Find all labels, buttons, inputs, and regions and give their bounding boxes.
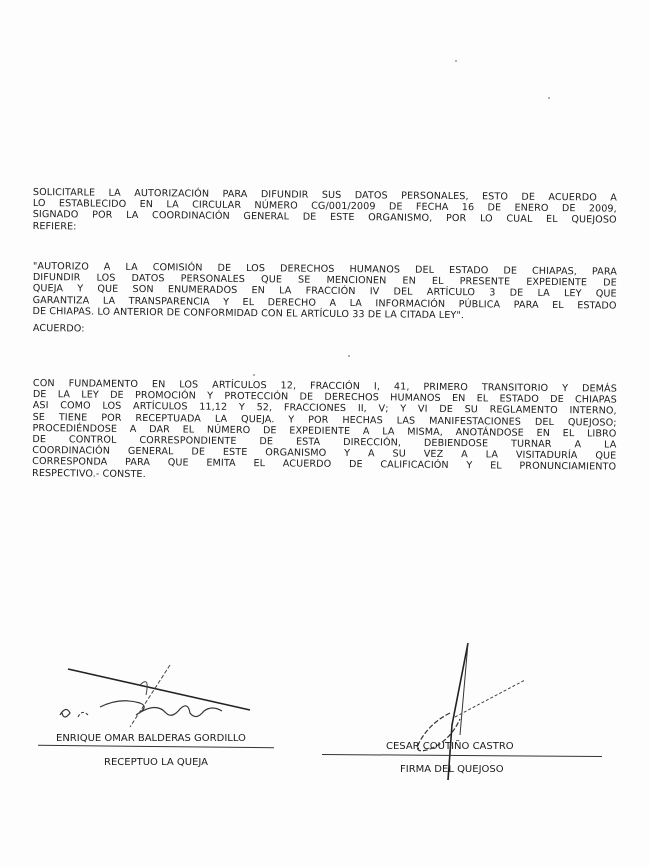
- scanned-document-page: SOLICITARLE LA AUTORIZACIÓN PARA DIFUNDI…: [0, 0, 650, 867]
- signer-name-complainant: CESAR COUTIÑO CASTRO: [386, 741, 514, 752]
- paragraph-authorization-quote: "AUTORIZO A LA COMISIÓN DE LOS DERECHOS …: [32, 261, 617, 323]
- paragraph-acuerdo-body: CON FUNDAMENTO EN LOS ARTÍCULOS 12, FRAC…: [32, 378, 617, 484]
- signer-name-receiver: ENRIQUE OMAR BALDERAS GORDILLO: [56, 733, 246, 744]
- text-line: ACUERDO:: [33, 323, 85, 335]
- handwritten-signature-receiver: [50, 655, 270, 730]
- signer-role-complainant: FIRMA DEL QUEJOSO: [400, 764, 504, 775]
- signer-role-receiver: RECEPTUO LA QUEJA: [104, 757, 208, 768]
- handwritten-signature-complainant: [400, 635, 540, 785]
- signature-line: [38, 745, 274, 748]
- paragraph-request: SOLICITARLE LA AUTORIZACIÓN PARA DIFUNDI…: [33, 187, 617, 237]
- acuerdo-heading: ACUERDO:: [33, 323, 85, 335]
- scan-speck: [455, 60, 457, 62]
- scan-speck: [348, 355, 350, 357]
- scan-speck: [253, 374, 255, 376]
- scan-speck: [548, 97, 550, 99]
